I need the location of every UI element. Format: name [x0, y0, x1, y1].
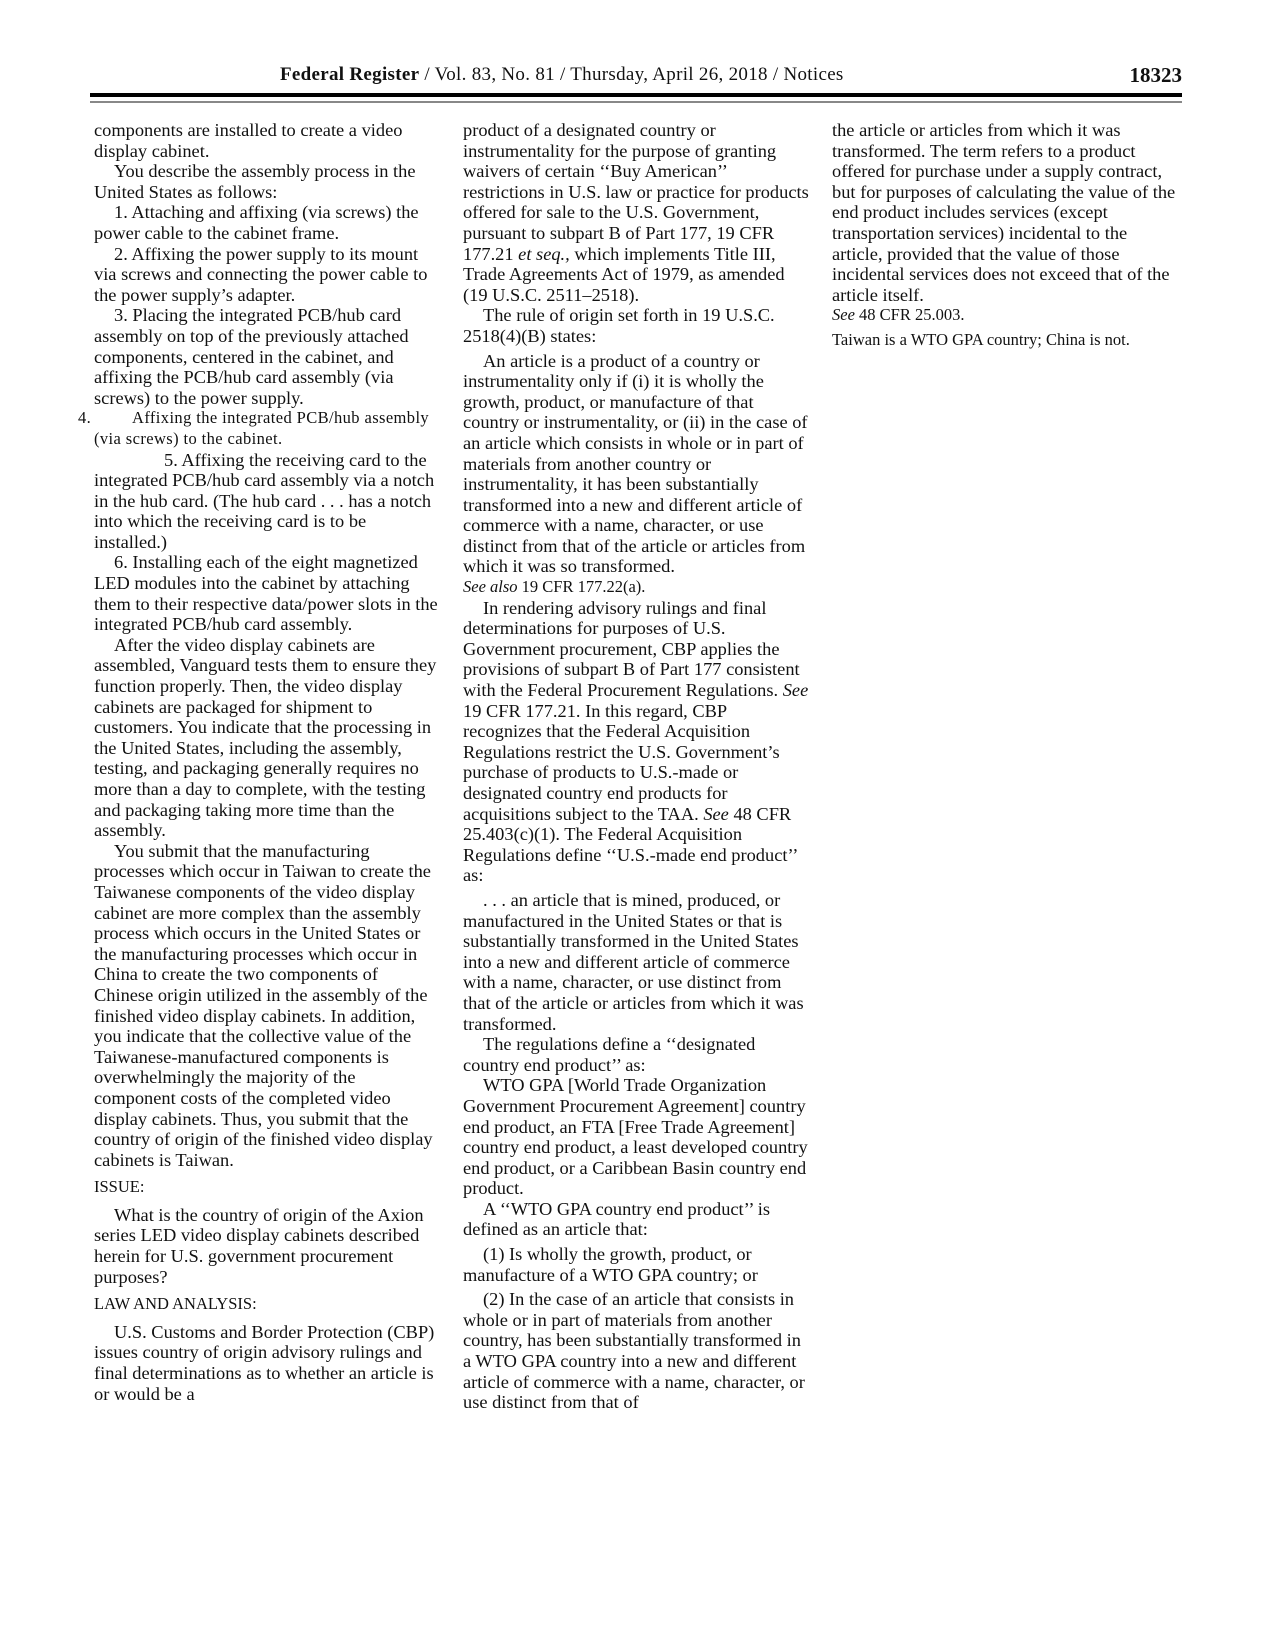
paragraph: You describe the assembly process in the…: [94, 161, 440, 202]
paragraph: What is the country of origin of the Axi…: [94, 1205, 440, 1287]
list-item-step-5: 5. Affixing the receiving card to the in…: [94, 450, 440, 553]
paragraph: U.S. Customs and Border Protection (CBP)…: [94, 1322, 440, 1404]
page-number: 18323: [1130, 63, 1183, 88]
italic-run: See: [783, 680, 809, 700]
column-2: product of a designated country or instr…: [463, 120, 809, 1413]
italic-run: et seq.,: [518, 244, 570, 264]
list-item-step-1: 1. Attaching and affixing (via screws) t…: [94, 202, 440, 243]
issue-citation: / Vol. 83, No. 81 / Thursday, April 26, …: [419, 64, 843, 85]
document-page: Federal Register / Vol. 83, No. 81 / Thu…: [0, 0, 1275, 1650]
definition-item-1: (1) Is wholly the growth, product, or ma…: [463, 1244, 809, 1285]
list-item-step-6: 6. Installing each of the eight magnetiz…: [94, 552, 440, 634]
list-item-step-2: 2. Affixing the power supply to its moun…: [94, 244, 440, 306]
italic-run: See: [832, 305, 855, 324]
step-4-text: Affixing the integrated PCB/hub assembly…: [94, 408, 440, 449]
running-header: Federal Register / Vol. 83, No. 81 / Thu…: [90, 64, 1182, 92]
paragraph: product of a designated country or instr…: [463, 120, 809, 305]
paragraph: A ‘‘WTO GPA country end product’’ is def…: [463, 1199, 809, 1240]
text-run: 48 CFR 25.003.: [855, 305, 965, 324]
text-run: product of a designated country or instr…: [463, 120, 809, 264]
text-run: In rendering advisory rulings and final …: [463, 598, 800, 700]
column-3: the article or articles from which it wa…: [832, 120, 1178, 351]
paragraph: The regulations define a ‘‘designated co…: [463, 1034, 809, 1075]
block-quote: WTO GPA [World Trade Organization Govern…: [463, 1075, 809, 1199]
header-rule-thin: [90, 101, 1182, 103]
text-run: 19 CFR 177.22(a).: [518, 577, 646, 596]
running-head-citation: Federal Register / Vol. 83, No. 81 / Thu…: [280, 64, 844, 86]
list-item-step-4: 4.Affixing the integrated PCB/hub assemb…: [94, 408, 440, 449]
citation: See also 19 CFR 177.22(a).: [463, 577, 809, 598]
section-heading-law-and-analysis: LAW AND ANALYSIS:: [94, 1294, 440, 1315]
paragraph: Taiwan is a WTO GPA country; China is no…: [832, 330, 1178, 351]
italic-run: See: [703, 804, 729, 824]
step-4-number: 4.: [78, 408, 91, 429]
column-1: components are installed to create a vid…: [94, 120, 440, 1404]
citation: See 48 CFR 25.003.: [832, 305, 1178, 326]
paragraph: The rule of origin set forth in 19 U.S.C…: [463, 305, 809, 346]
publication-name: Federal Register: [280, 64, 419, 85]
italic-run: See also: [463, 577, 518, 596]
paragraph: After the video display cabinets are ass…: [94, 635, 440, 841]
list-item-step-3: 3. Placing the integrated PCB/hub card a…: [94, 305, 440, 408]
block-quote: the article or articles from which it wa…: [832, 120, 1178, 305]
paragraph: In rendering advisory rulings and final …: [463, 598, 809, 886]
section-heading-issue: ISSUE:: [94, 1177, 440, 1198]
header-rule-thick: [90, 93, 1182, 97]
block-quote: . . . an article that is mined, produced…: [463, 890, 809, 1034]
definition-item-2: (2) In the case of an article that consi…: [463, 1289, 809, 1413]
block-quote: An article is a product of a country or …: [463, 351, 809, 578]
paragraph: components are installed to create a vid…: [94, 120, 440, 161]
paragraph: You submit that the manufacturing proces…: [94, 841, 440, 1171]
